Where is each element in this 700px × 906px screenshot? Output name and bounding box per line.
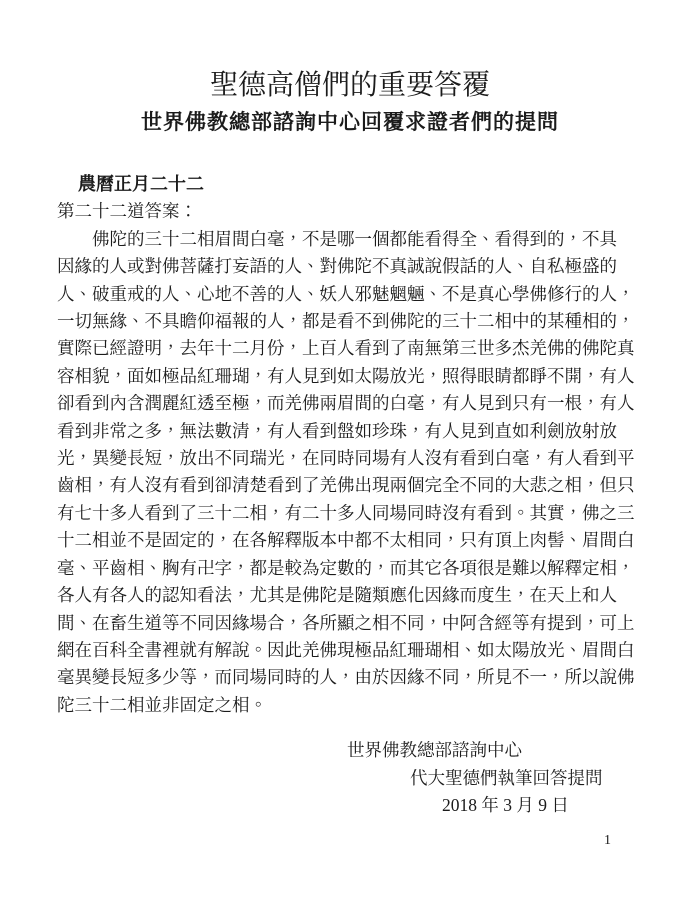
- document-title: 聖德高僧們的重要答覆: [0, 70, 700, 102]
- signature-block: 世界佛教總部諮詢中心 代大聖德們執筆回答提問 2018 年 3 月 9 日: [57, 737, 650, 819]
- paragraph-line: 卻看到內含潤麗紅透至極，而羌佛兩眉間的白毫，有人見到只有一根，有人: [57, 390, 650, 417]
- signature-author: 代大聖德們執筆回答提問: [57, 765, 650, 792]
- paragraph-line: 光，異變長短，放出不同瑞光，在同時同場有人沒有看到白毫，有人看到平: [57, 445, 650, 472]
- signature-organization: 世界佛教總部諮詢中心: [57, 737, 650, 764]
- document-page: 聖德高僧們的重要答覆 世界佛教總部諮詢中心回覆求證者們的提問 農曆正月二十二 第…: [0, 0, 700, 906]
- paragraph-line: 容相貌，面如極品紅珊瑚，有人見到如太陽放光，照得眼睛都睜不開，有人: [57, 363, 650, 390]
- paragraph-line: 看到非常之多，無法數清，有人看到盤如珍珠，有人見到直如利劍放射放: [57, 418, 650, 445]
- page-number: 1: [604, 832, 611, 850]
- paragraph-line: 有七十多人看到了三十二相，有二十多人同場同時沒有看到。其實，佛之三: [57, 500, 650, 527]
- answer-number-label: 第二十二道答案：: [57, 198, 650, 225]
- signature-date: 2018 年 3 月 9 日: [57, 792, 650, 819]
- paragraph-line: 間、在畜生道等不同因緣場合，各所顯之相不同，中阿含經等有提到，可上: [57, 610, 650, 637]
- paragraph-line: 因緣的人或對佛菩薩打妄語的人、對佛陀不真誠說假話的人、自私極盛的: [57, 253, 650, 280]
- answer-paragraph: 佛陀的三十二相眉間白毫，不是哪一個都能看得全、看得到的，不具 因緣的人或對佛菩薩…: [57, 226, 650, 719]
- paragraph-line: 毫、平齒相、胸有卍字，都是較為定數的，而其它各項很是難以解釋定相，: [57, 555, 650, 582]
- paragraph-line: 一切無緣、不具瞻仰福報的人，都是看不到佛陀的三十二相中的某種相的，: [57, 308, 650, 335]
- paragraph-line: 人、破重戒的人、心地不善的人、妖人邪魅魍魎、不是真心學佛修行的人，: [57, 281, 650, 308]
- paragraph-line: 十二相並不是固定的，在各解釋版本中都不太相同，只有頂上肉髻、眉間白: [57, 527, 650, 554]
- paragraph-line: 實際已經證明，去年十二月份，上百人看到了南無第三世多杰羌佛的佛陀真: [57, 335, 650, 362]
- paragraph-line: 毫異變長短多少等，而同場同時的人，由於因緣不同，所見不一，所以說佛: [57, 664, 650, 691]
- paragraph-line: 佛陀的三十二相眉間白毫，不是哪一個都能看得全、看得到的，不具: [57, 226, 650, 253]
- paragraph-line: 陀三十二相並非固定之相。: [57, 692, 650, 719]
- paragraph-line: 齒相，有人沒有看到卻清楚看到了羌佛出現兩個完全不同的大悲之相，但只: [57, 472, 650, 499]
- paragraph-line: 各人有各人的認知看法，尤其是佛陀是隨類應化因緣而度生，在天上和人: [57, 582, 650, 609]
- paragraph-line: 網在百科全書裡就有解說。因此羌佛現極品紅珊瑚相、如太陽放光、眉間白: [57, 637, 650, 664]
- document-subtitle: 世界佛教總部諮詢中心回覆求證者們的提問: [0, 108, 700, 137]
- lunar-date-heading: 農曆正月二十二: [57, 171, 650, 198]
- document-body: 農曆正月二十二 第二十二道答案： 佛陀的三十二相眉間白毫，不是哪一個都能看得全、…: [57, 171, 650, 819]
